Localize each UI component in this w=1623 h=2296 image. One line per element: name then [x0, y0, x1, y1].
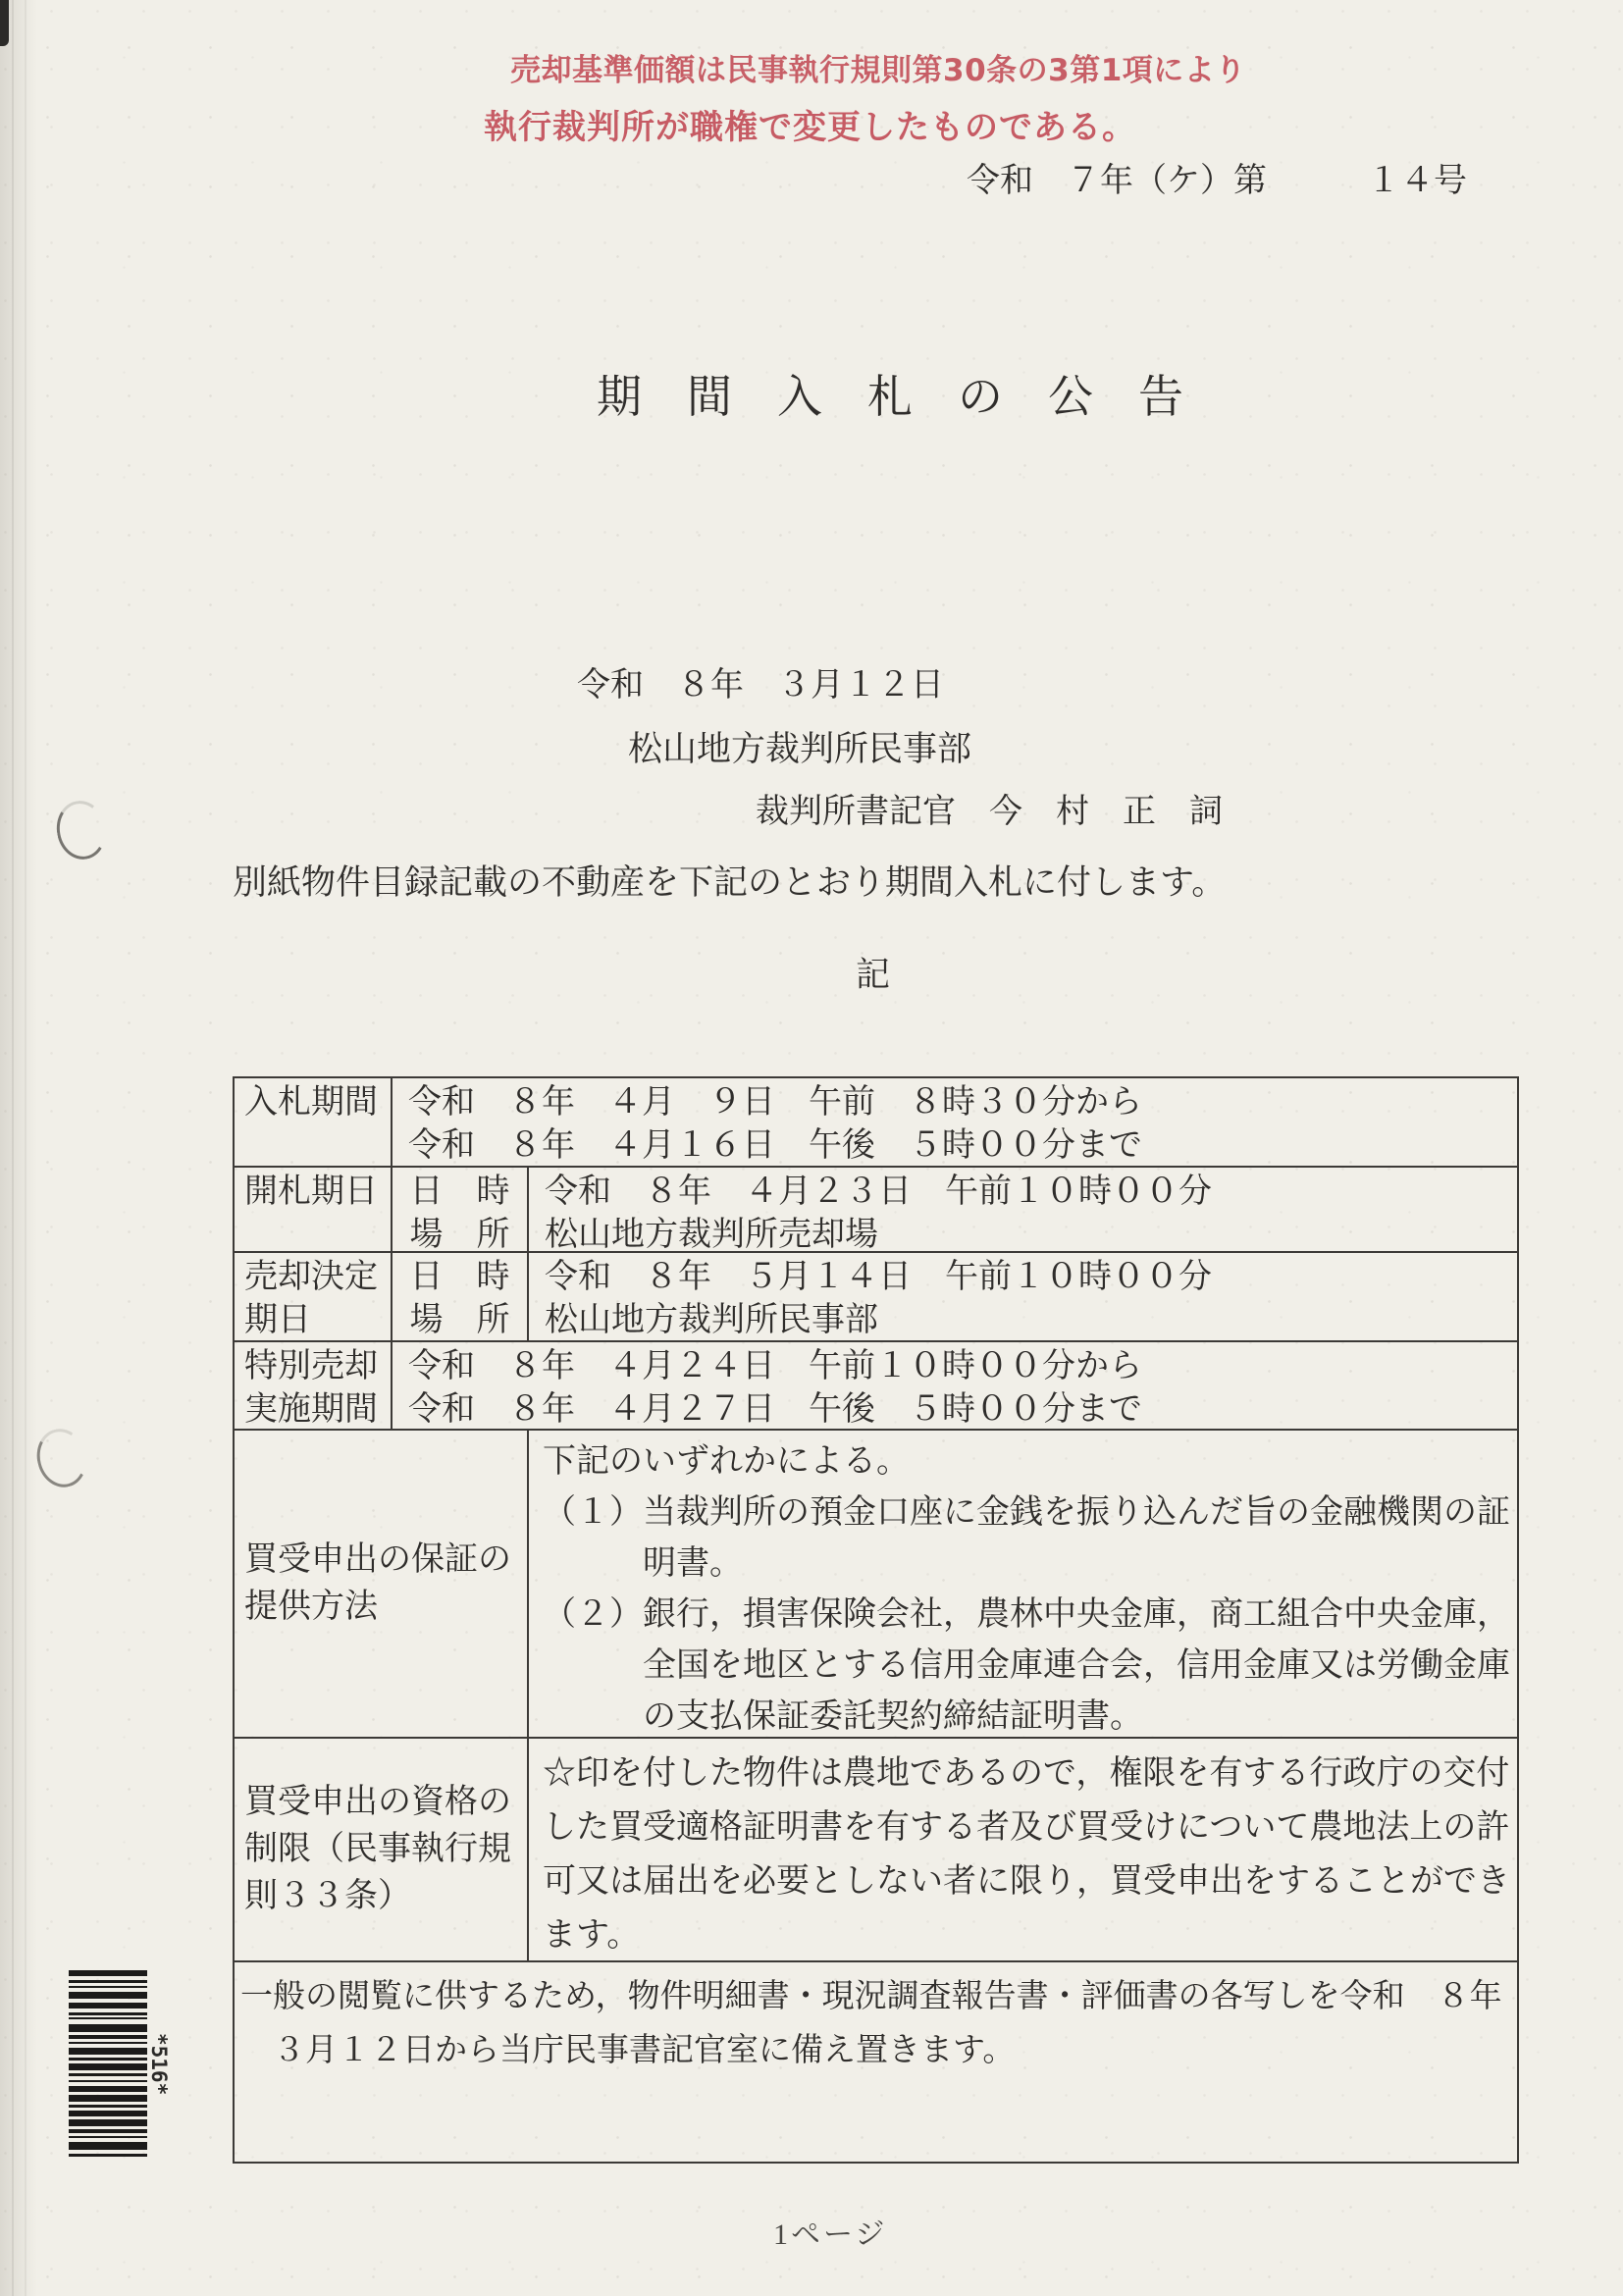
sub-value: 松山地方裁判所民事部 [545, 1299, 1517, 1342]
sub-value: 松山地方裁判所売却場 [545, 1214, 1517, 1257]
scan-streak [25, 0, 26, 2296]
sub-label: 日 時 [393, 1171, 527, 1214]
row-label: 買受申出の資格の 制限（民事執行規 則３３条） [235, 1739, 529, 1960]
row-value: 令和 ８年 ４月２３日 午前１０時００分 松山地方裁判所売却場 [529, 1168, 1517, 1251]
red-stamp-line-2: 執行裁判所が職権で変更したものである。 [484, 100, 1136, 148]
scan-corner-artifact [0, 0, 9, 46]
table-row-special-sale: 特別売却 実施期間 令和 ８年 ４月２４日 午前１０時００分から 令和 ８年 ４… [235, 1340, 1517, 1429]
red-stamp-line-1: 売却基準価額は民事執行規則第30条の3第1項により [510, 45, 1246, 89]
row-value: 一般の閲覧に供するため，物件明細書・現況調査報告書・評価書の各写しを令和 ８年 … [235, 1962, 1517, 2162]
table-row-public-inspection-note: 一般の閲覧に供するため，物件明細書・現況調査報告書・評価書の各写しを令和 ８年 … [235, 1960, 1517, 2162]
row-value: 令和 ８年 ４月２４日 午前１０時００分から 令和 ８年 ４月２７日 午後 ５時… [393, 1342, 1517, 1429]
row-label: 入札期間 [235, 1078, 393, 1166]
row-value: ☆印を付した物件は農地であるので，権限を有する行政庁の交付 した買受適格証明書を… [529, 1739, 1517, 1960]
sub-label: 場 所 [393, 1214, 527, 1257]
barcode-label: *516* [147, 2033, 171, 2095]
barcode [69, 1970, 147, 2164]
sub-value: 令和 ８年 ５月１４日 午前１０時００分 [545, 1256, 1517, 1299]
sub-label-column: 日 時 場 所 [393, 1168, 529, 1251]
intro-sentence: 別紙物件目録記載の不動産を下記のとおり期間入札に付します。 [233, 856, 1226, 905]
auction-schedule-table: 入札期間 令和 ８年 ４月 ９日 午前 ８時３０分から 令和 ８年 ４月１６日 … [233, 1076, 1519, 2164]
punch-hole [52, 797, 111, 863]
row-value: 令和 ８年 ４月 ９日 午前 ８時３０分から 令和 ８年 ４月１６日 午後 ５時… [393, 1078, 1517, 1166]
sub-label: 日 時 [393, 1256, 527, 1299]
issuing-court: 松山地方裁判所民事部 [628, 722, 971, 771]
court-clerk: 裁判所書記官 今 村 正 詞 [756, 784, 1223, 832]
sub-value: 令和 ８年 ４月２３日 午前１０時００分 [545, 1171, 1517, 1214]
table-row-sale-decision: 売却決定 期日 日 時 場 所 令和 ８年 ５月１４日 午前１０時００分 松山地… [235, 1251, 1517, 1340]
row-label: 売却決定 期日 [235, 1253, 393, 1340]
row-label: 特別売却 実施期間 [235, 1342, 393, 1429]
case-number: 令和 ７年（ケ）第 １４号 [967, 153, 1467, 201]
sub-label-column: 日 時 場 所 [393, 1253, 529, 1340]
scanned-document-page: 売却基準価額は民事執行規則第30条の3第1項により 執行裁判所が職権で変更したも… [0, 0, 1623, 2296]
row-value: 令和 ８年 ５月１４日 午前１０時００分 松山地方裁判所民事部 [529, 1253, 1517, 1340]
ki-marker: 記 [856, 948, 890, 997]
barcode-bars [69, 1970, 147, 2159]
document-title: 期 間 入 札 の 公 告 [597, 361, 1183, 426]
scan-edge-shadow [0, 0, 37, 2296]
row-label: 買受申出の保証の 提供方法 [235, 1431, 529, 1737]
table-row-qualification-restriction: 買受申出の資格の 制限（民事執行規 則３３条） ☆印を付した物件は農地であるので… [235, 1737, 1517, 1960]
table-row-guarantee-method: 買受申出の保証の 提供方法 下記のいずれかによる。 （１）当裁判所の預金口座に金… [235, 1429, 1517, 1737]
sub-label: 場 所 [393, 1299, 527, 1342]
punch-hole [30, 1424, 92, 1492]
scan-streak [12, 0, 14, 2296]
row-label: 開札期日 [235, 1168, 393, 1251]
page-number: 1ページ [773, 2210, 887, 2253]
table-row-bid-opening: 開札期日 日 時 場 所 令和 ８年 ４月２３日 午前１０時００分 松山地方裁判… [235, 1166, 1517, 1251]
row-value: 下記のいずれかによる。 （１）当裁判所の預金口座に金銭を振り込んだ旨の金融機関の… [529, 1431, 1517, 1737]
issue-date: 令和 ８年 ３月１２日 [577, 657, 944, 705]
table-row-bid-period: 入札期間 令和 ８年 ４月 ９日 午前 ８時３０分から 令和 ８年 ４月１６日 … [235, 1078, 1517, 1166]
